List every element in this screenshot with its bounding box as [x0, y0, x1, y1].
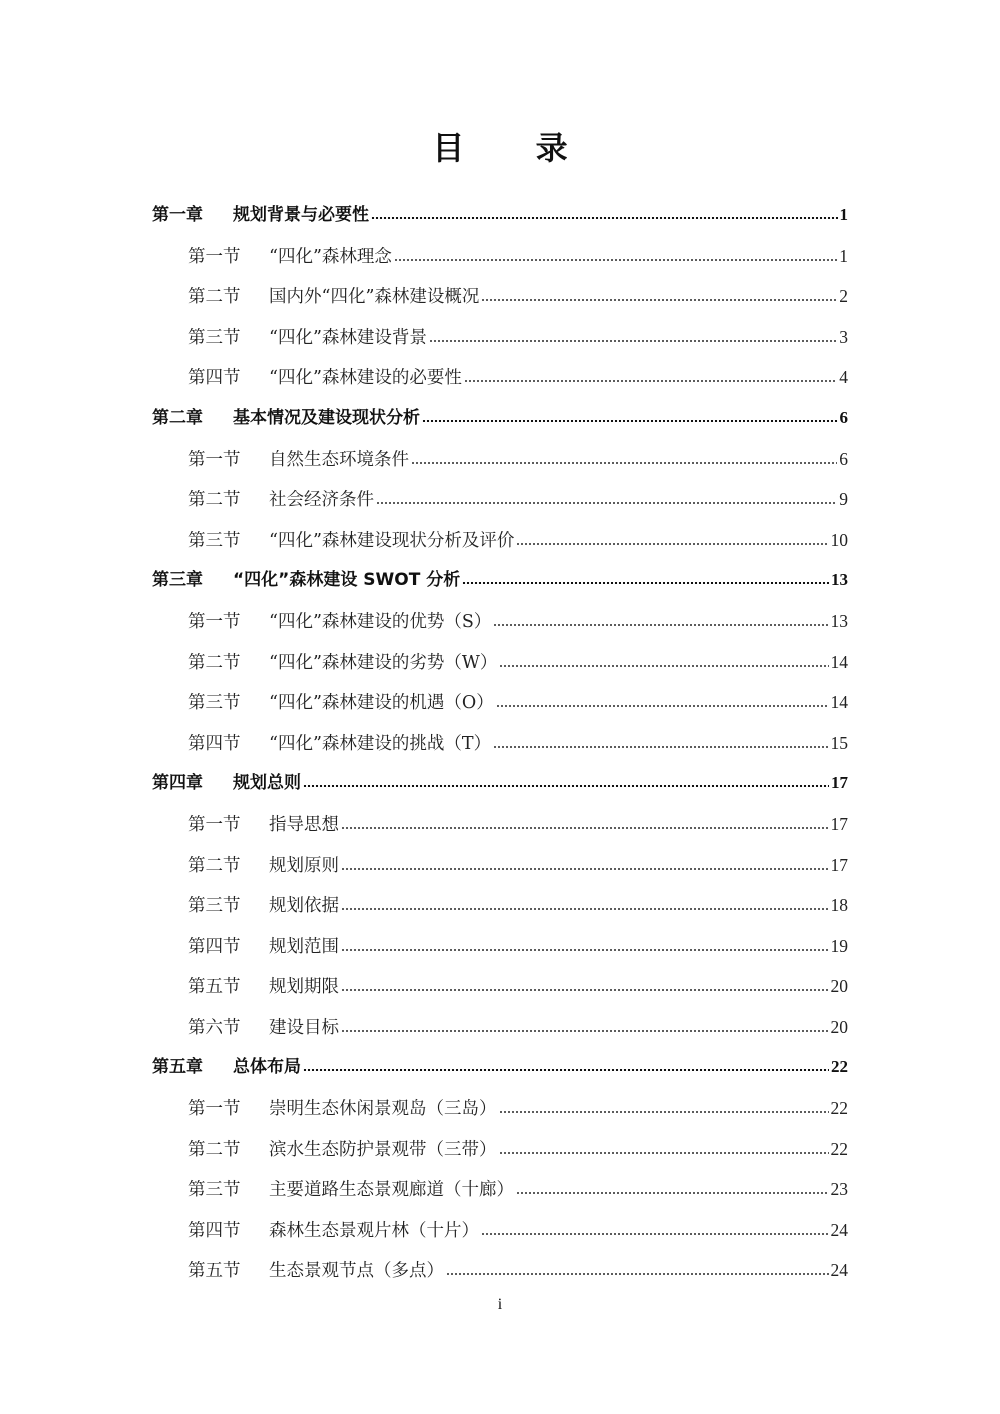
section-number: 第二节 — [188, 279, 269, 315]
toc-section-entry[interactable]: 第一节指导思想17 — [152, 806, 848, 847]
section-title: 指导思想 — [269, 807, 339, 843]
toc-section-entry[interactable]: 第四节森林生态景观片林（十片）24 — [152, 1212, 848, 1253]
section-title: 规划依据 — [269, 888, 339, 924]
dot-leader — [341, 855, 829, 873]
page-ref: 17 — [831, 765, 848, 801]
page-ref: 2 — [839, 278, 848, 314]
toc-section-entry[interactable]: 第三节“四化”森林建设背景3 — [152, 319, 848, 360]
page-ref: 6 — [840, 400, 849, 436]
page-ref: 17 — [831, 806, 849, 842]
section-title: 自然生态环境条件 — [269, 442, 409, 478]
section-number: 第一节 — [188, 807, 269, 843]
section-number: 第四节 — [188, 1213, 269, 1249]
dot-leader — [341, 1017, 829, 1035]
page-ref: 4 — [839, 359, 848, 395]
chapter-title: 规划总则 — [233, 765, 301, 801]
chapter-number: 第一章 — [152, 197, 233, 233]
section-title: “四化”森林建设的挑战（T） — [269, 726, 491, 762]
toc-section-entry[interactable]: 第三节“四化”森林建设现状分析及评价10 — [152, 522, 848, 563]
page-ref: 6 — [839, 441, 848, 477]
toc-section-entry[interactable]: 第五节规划期限20 — [152, 968, 848, 1009]
page-ref: 17 — [831, 847, 849, 883]
toc-section-entry[interactable]: 第一节“四化”森林建设的优势（S）13 — [152, 603, 848, 644]
table-of-contents: 第一章规划背景与必要性1第一节“四化”森林理念1第二节国内外“四化”森林建设概况… — [152, 197, 848, 1293]
section-title: “四化”森林建设的机遇（O） — [269, 685, 494, 721]
page-ref: 13 — [831, 603, 849, 639]
dot-leader — [516, 1179, 829, 1197]
page-ref: 20 — [831, 968, 849, 1004]
section-title: 社会经济条件 — [269, 482, 374, 518]
toc-section-entry[interactable]: 第三节主要道路生态景观廊道（十廊）23 — [152, 1171, 848, 1212]
toc-chapter-entry[interactable]: 第五章总体布局22 — [152, 1049, 848, 1090]
page-number: i — [0, 1296, 1000, 1314]
dot-leader — [499, 652, 828, 670]
toc-chapter-entry[interactable]: 第二章基本情况及建设现状分析6 — [152, 400, 848, 441]
page-ref: 20 — [831, 1009, 849, 1045]
section-title: “四化”森林建设现状分析及评价 — [269, 523, 514, 559]
section-number: 第五节 — [188, 1253, 269, 1289]
dot-leader — [341, 814, 829, 832]
toc-section-entry[interactable]: 第六节建设目标20 — [152, 1009, 848, 1050]
section-number: 第四节 — [188, 929, 269, 965]
chapter-number: 第四章 — [152, 765, 233, 801]
section-title: 森林生态景观片林（十片） — [269, 1213, 479, 1249]
dot-leader — [394, 246, 837, 264]
dot-leader — [493, 733, 828, 751]
toc-section-entry[interactable]: 第二节国内外“四化”森林建设概况2 — [152, 278, 848, 319]
page-ref: 18 — [831, 887, 849, 923]
section-number: 第四节 — [188, 726, 269, 762]
chapter-title: “四化”森林建设 SWOT 分析 — [233, 562, 460, 598]
toc-section-entry[interactable]: 第二节社会经济条件9 — [152, 481, 848, 522]
toc-section-entry[interactable]: 第三节“四化”森林建设的机遇（O）14 — [152, 684, 848, 725]
toc-section-entry[interactable]: 第四节“四化”森林建设的挑战（T）15 — [152, 725, 848, 766]
chapter-number: 第二章 — [152, 400, 233, 436]
page-ref: 24 — [831, 1252, 849, 1288]
section-number: 第一节 — [188, 1091, 269, 1127]
dot-leader — [303, 772, 829, 790]
dot-leader — [462, 569, 829, 587]
chapter-title: 总体布局 — [233, 1049, 301, 1085]
dot-leader — [429, 327, 837, 345]
page-ref: 13 — [831, 562, 848, 598]
dot-leader — [303, 1056, 829, 1074]
toc-section-entry[interactable]: 第三节规划依据18 — [152, 887, 848, 928]
page-ref: 1 — [839, 238, 848, 274]
dot-leader — [371, 204, 838, 222]
section-number: 第一节 — [188, 239, 269, 275]
toc-chapter-entry[interactable]: 第三章“四化”森林建设 SWOT 分析13 — [152, 562, 848, 603]
page-ref: 14 — [831, 684, 849, 720]
toc-chapter-entry[interactable]: 第一章规划背景与必要性1 — [152, 197, 848, 238]
page-ref: 3 — [839, 319, 848, 355]
dot-leader — [341, 895, 829, 913]
toc-section-entry[interactable]: 第二节“四化”森林建设的劣势（W）14 — [152, 644, 848, 685]
section-number: 第二节 — [188, 1132, 269, 1168]
chapter-title: 基本情况及建设现状分析 — [233, 400, 420, 436]
section-title: 主要道路生态景观廊道（十廊） — [269, 1172, 514, 1208]
dot-leader — [516, 530, 828, 548]
section-number: 第二节 — [188, 848, 269, 884]
toc-section-entry[interactable]: 第二节规划原则17 — [152, 847, 848, 888]
page-ref: 9 — [839, 481, 848, 517]
page-ref: 19 — [831, 928, 849, 964]
dot-leader — [481, 1220, 829, 1238]
dot-leader — [341, 976, 829, 994]
toc-section-entry[interactable]: 第四节规划范围19 — [152, 928, 848, 969]
section-title: 滨水生态防护景观带（三带） — [269, 1132, 497, 1168]
page-ref: 22 — [831, 1049, 848, 1085]
section-number: 第四节 — [188, 360, 269, 396]
page-ref: 10 — [831, 522, 849, 558]
chapter-number: 第三章 — [152, 562, 233, 598]
section-number: 第五节 — [188, 969, 269, 1005]
section-title: 建设目标 — [269, 1010, 339, 1046]
section-title: 规划期限 — [269, 969, 339, 1005]
section-number: 第一节 — [188, 442, 269, 478]
section-number: 第一节 — [188, 604, 269, 640]
page-ref: 23 — [831, 1171, 849, 1207]
toc-section-entry[interactable]: 第一节“四化”森林理念1 — [152, 238, 848, 279]
section-title: “四化”森林建设的优势（S） — [269, 604, 491, 640]
toc-section-entry[interactable]: 第四节“四化”森林建设的必要性4 — [152, 359, 848, 400]
section-title: “四化”森林建设背景 — [269, 320, 427, 356]
dot-leader — [481, 286, 837, 304]
toc-section-entry[interactable]: 第一节自然生态环境条件6 — [152, 441, 848, 482]
section-number: 第三节 — [188, 888, 269, 924]
toc-section-entry[interactable]: 第五节生态景观节点（多点）24 — [152, 1252, 848, 1293]
dot-leader — [376, 489, 837, 507]
section-title: “四化”森林建设的劣势（W） — [269, 645, 497, 681]
section-title: 生态景观节点（多点） — [269, 1253, 444, 1289]
toc-section-entry[interactable]: 第二节滨水生态防护景观带（三带）22 — [152, 1131, 848, 1172]
section-title: “四化”森林理念 — [269, 239, 392, 275]
section-title: “四化”森林建设的必要性 — [269, 360, 462, 396]
page-ref: 1 — [840, 197, 849, 233]
section-title: 规划范围 — [269, 929, 339, 965]
section-title: 国内外“四化”森林建设概况 — [269, 279, 479, 315]
section-number: 第二节 — [188, 645, 269, 681]
chapter-title: 规划背景与必要性 — [233, 197, 369, 233]
dot-leader — [499, 1098, 829, 1116]
dot-leader — [499, 1139, 829, 1157]
toc-section-entry[interactable]: 第一节崇明生态休闲景观岛（三岛）22 — [152, 1090, 848, 1131]
page-ref: 15 — [831, 725, 849, 761]
dot-leader — [446, 1260, 829, 1278]
section-number: 第三节 — [188, 523, 269, 559]
section-number: 第二节 — [188, 482, 269, 518]
page-title: 目 录 — [0, 126, 1000, 170]
section-number: 第三节 — [188, 685, 269, 721]
toc-chapter-entry[interactable]: 第四章规划总则17 — [152, 765, 848, 806]
dot-leader — [493, 611, 828, 629]
section-title: 规划原则 — [269, 848, 339, 884]
chapter-number: 第五章 — [152, 1049, 233, 1085]
dot-leader — [422, 407, 838, 425]
page-ref: 24 — [831, 1212, 849, 1248]
section-number: 第三节 — [188, 1172, 269, 1208]
section-number: 第六节 — [188, 1010, 269, 1046]
page-ref: 22 — [831, 1131, 849, 1167]
dot-leader — [411, 449, 837, 467]
page-ref: 22 — [831, 1090, 849, 1126]
section-title: 崇明生态休闲景观岛（三岛） — [269, 1091, 497, 1127]
dot-leader — [341, 936, 829, 954]
page-ref: 14 — [831, 644, 849, 680]
section-number: 第三节 — [188, 320, 269, 356]
dot-leader — [464, 367, 837, 385]
dot-leader — [496, 692, 829, 710]
